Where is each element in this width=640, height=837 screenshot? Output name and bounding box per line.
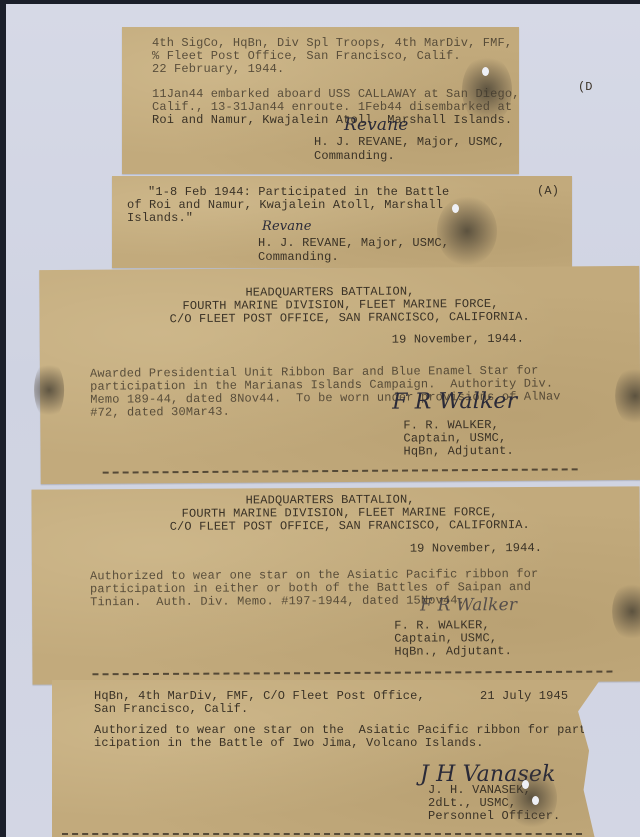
entry-slip-battle-roi-namur: "1-8 Feb 1944: Participated in the Battl… bbox=[112, 176, 572, 268]
signer-role: HqBn., Adjutant. bbox=[394, 645, 512, 659]
staple-hole bbox=[522, 780, 529, 789]
body-line-3: Islands." bbox=[127, 212, 193, 225]
entry-date: 22 February, 1944. bbox=[152, 63, 284, 76]
signer-role: Commanding. bbox=[258, 251, 339, 264]
staple-hole bbox=[482, 67, 489, 76]
signer-role: HqBn, Adjutant. bbox=[403, 445, 513, 459]
signature-revane: Revane bbox=[262, 220, 312, 233]
entry-slip-embarkation: 4th SigCo, HqBn, Div Spl Troops, 4th Mar… bbox=[122, 27, 519, 174]
staple-hole bbox=[452, 204, 459, 213]
body-line-4: #72, dated 30Mar43. bbox=[90, 406, 230, 420]
entry-date: 19 November, 1944. bbox=[392, 333, 524, 347]
staple-hole bbox=[532, 796, 539, 805]
header-line-3: C/O FLEET POST OFFICE, SAN FRANCISCO, CA… bbox=[170, 519, 530, 534]
header-line-2: San Francisco, Calif. bbox=[94, 703, 248, 716]
body-line-2: icipation in the Battle of Iwo Jima, Vol… bbox=[94, 737, 484, 750]
entry-date: 21 July 1945 bbox=[480, 690, 568, 703]
cut-line bbox=[103, 468, 578, 473]
entry-slip-iwo-jima: HqBn, 4th MarDiv, FMF, C/O Fleet Post Of… bbox=[52, 680, 600, 837]
signer-name: H. J. REVANE, Major, USMC, bbox=[258, 237, 449, 250]
margin-mark-a: (A) bbox=[537, 185, 559, 198]
water-stain bbox=[612, 581, 640, 641]
signature-walker: F R Walker bbox=[392, 395, 517, 409]
water-stain bbox=[437, 196, 497, 266]
body-line-3: Tinian. Auth. Div. Memo. #197-1944, date… bbox=[90, 594, 465, 609]
header-line-3: C/O FLEET POST OFFICE, SAN FRANCISCO, CA… bbox=[170, 311, 530, 327]
signer-name: H. J. REVANE, Major, USMC, bbox=[314, 136, 505, 149]
cut-line bbox=[92, 671, 612, 676]
cut-line bbox=[62, 833, 582, 835]
margin-mark-d: (D bbox=[578, 80, 592, 94]
entry-slip-presidential-unit-citation: HEADQUARTERS BATTALION, FOURTH MARINE DI… bbox=[39, 266, 640, 484]
water-stain bbox=[615, 366, 640, 426]
signature-revane: Revane bbox=[344, 119, 409, 132]
entry-date: 19 November, 1944. bbox=[410, 542, 542, 556]
water-stain bbox=[34, 360, 64, 420]
signer-role: Commanding. bbox=[314, 150, 395, 163]
water-stain bbox=[462, 55, 512, 125]
signature-walker: F R Walker bbox=[420, 599, 517, 613]
entry-slip-saipan-tinian: HEADQUARTERS BATTALION, FOURTH MARINE DI… bbox=[31, 486, 640, 684]
body-line-3: Roi and Namur, Kwajalein Atoll, Marshall… bbox=[152, 114, 512, 127]
